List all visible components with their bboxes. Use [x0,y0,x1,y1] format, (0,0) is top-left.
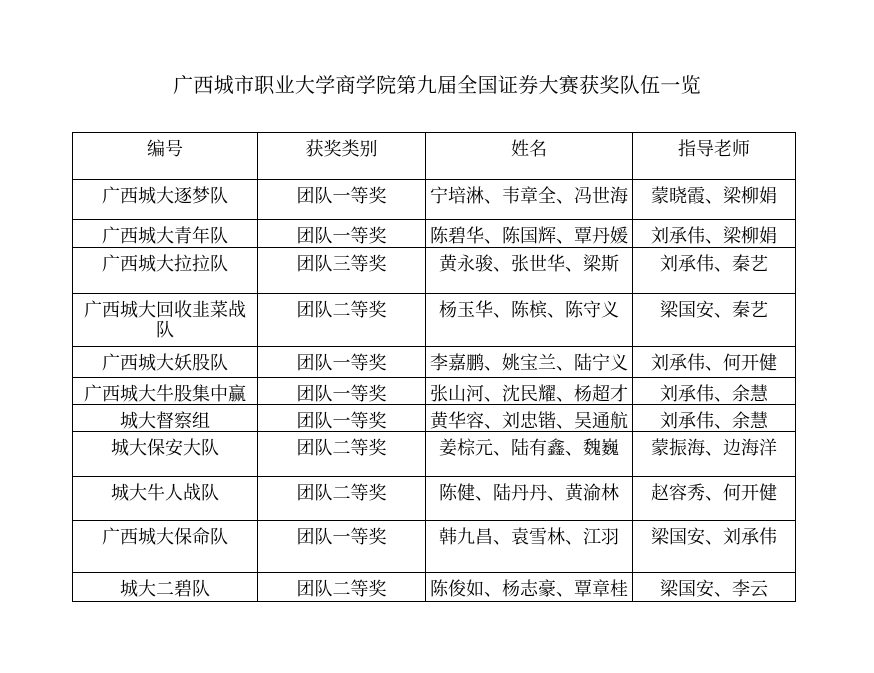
teachers-cell: 刘承伟、梁柳娟 [633,220,796,248]
teachers-cell: 刘承伟、秦艺 [633,248,796,294]
award-category-cell: 团队一等奖 [258,180,426,220]
team-id-cell: 广西城大保命队 [73,521,258,573]
teachers-cell: 刘承伟、余慧 [633,405,796,432]
team-id-cell: 城大二碧队 [73,573,258,602]
team-name: 广西城大回收韭菜战队 [81,300,249,340]
team-name: 城大二碧队 [120,579,210,599]
table-header-row: 编号 获奖类别 姓名 指导老师 [73,133,796,180]
award-category-cell: 团队一等奖 [258,378,426,405]
header-teachers: 指导老师 [633,133,796,180]
award-category-cell: 团队一等奖 [258,405,426,432]
award-category-cell: 团队二等奖 [258,294,426,347]
table-row: 广西城大回收韭菜战队 团队二等奖 杨玉华、陈槟、陈守义 梁国安、秦艺 [73,294,796,347]
teachers-cell: 刘承伟、何开健 [633,347,796,378]
teachers-cell: 蒙晓霞、梁柳娟 [633,180,796,220]
team-name: 广西城大牛股集中赢 [84,384,246,404]
page-title: 广西城市职业大学商学院第九届全国证券大赛获奖队伍一览 [0,72,874,100]
members-cell: 韩九昌、袁雪林、江羽 [426,521,633,573]
members-cell: 张山河、沈民耀、杨超才 [426,378,633,405]
award-category-cell: 团队二等奖 [258,477,426,521]
team-id-cell: 广西城大拉拉队 [73,248,258,294]
header-members: 姓名 [426,133,633,180]
award-category-cell: 团队二等奖 [258,432,426,477]
table-row: 城大督察组 团队一等奖 黄华容、刘忠锴、吴通航 刘承伟、余慧 [73,405,796,432]
teachers-cell: 梁国安、刘承伟 [633,521,796,573]
award-category-cell: 团队一等奖 [258,521,426,573]
team-name: 城大牛人战队 [111,483,219,503]
members-cell: 李嘉鹏、姚宝兰、陆宁义 [426,347,633,378]
team-id-cell: 城大保安大队 [73,432,258,477]
awards-table: 编号 获奖类别 姓名 指导老师 广西城大逐梦队 团队一等奖 宁培淋、韦章全、冯世… [72,132,796,602]
team-id-cell: 城大牛人战队 [73,477,258,521]
team-name: 城大督察组 [120,411,210,431]
team-name: 广西城大保命队 [102,527,228,547]
team-id-cell: 广西城大牛股集中赢 [73,378,258,405]
teachers-cell: 刘承伟、余慧 [633,378,796,405]
teachers-cell: 梁国安、秦艺 [633,294,796,347]
teachers-cell: 梁国安、李云 [633,573,796,602]
team-name: 广西城大逐梦队 [102,186,228,206]
table-row: 广西城大妖股队 团队一等奖 李嘉鹏、姚宝兰、陆宁义 刘承伟、何开健 [73,347,796,378]
teachers-cell: 赵容秀、何开健 [633,477,796,521]
members-cell: 宁培淋、韦章全、冯世海 [426,180,633,220]
members-cell: 陈俊如、杨志豪、覃章桂 [426,573,633,602]
members-cell: 杨玉华、陈槟、陈守义 [426,294,633,347]
table-row: 城大二碧队 团队二等奖 陈俊如、杨志豪、覃章桂 梁国安、李云 [73,573,796,602]
members-cell: 黄永骏、张世华、梁斯 [426,248,633,294]
table-row: 城大牛人战队 团队二等奖 陈健、陆丹丹、黄渝林 赵容秀、何开健 [73,477,796,521]
header-team-id: 编号 [73,133,258,180]
team-name: 广西城大妖股队 [102,353,228,373]
table-row: 广西城大牛股集中赢 团队一等奖 张山河、沈民耀、杨超才 刘承伟、余慧 [73,378,796,405]
team-name: 城大保安大队 [111,438,219,458]
team-name: 广西城大拉拉队 [102,254,228,274]
team-id-cell: 城大督察组 [73,405,258,432]
members-cell: 陈碧华、陈国辉、覃丹媛 [426,220,633,248]
team-id-cell: 广西城大逐梦队 [73,180,258,220]
award-category-cell: 团队一等奖 [258,347,426,378]
table-row: 广西城大拉拉队 团队三等奖 黄永骏、张世华、梁斯 刘承伟、秦艺 [73,248,796,294]
table-row: 广西城大保命队 团队一等奖 韩九昌、袁雪林、江羽 梁国安、刘承伟 [73,521,796,573]
table-row: 城大保安大队 团队二等奖 姜棕元、陆有鑫、魏巍 蒙振海、边海洋 [73,432,796,477]
teachers-cell: 蒙振海、边海洋 [633,432,796,477]
members-cell: 陈健、陆丹丹、黄渝林 [426,477,633,521]
award-category-cell: 团队三等奖 [258,248,426,294]
team-name: 广西城大青年队 [102,226,228,246]
team-id-cell: 广西城大青年队 [73,220,258,248]
award-category-cell: 团队一等奖 [258,220,426,248]
members-cell: 姜棕元、陆有鑫、魏巍 [426,432,633,477]
team-id-cell: 广西城大妖股队 [73,347,258,378]
members-cell: 黄华容、刘忠锴、吴通航 [426,405,633,432]
team-id-cell: 广西城大回收韭菜战队 [73,294,258,347]
award-category-cell: 团队二等奖 [258,573,426,602]
table-row: 广西城大青年队 团队一等奖 陈碧华、陈国辉、覃丹媛 刘承伟、梁柳娟 [73,220,796,248]
table-row: 广西城大逐梦队 团队一等奖 宁培淋、韦章全、冯世海 蒙晓霞、梁柳娟 [73,180,796,220]
document-page: 广西城市职业大学商学院第九届全国证券大赛获奖队伍一览 编号 获奖类别 姓名 指导… [0,0,874,673]
header-award-category: 获奖类别 [258,133,426,180]
